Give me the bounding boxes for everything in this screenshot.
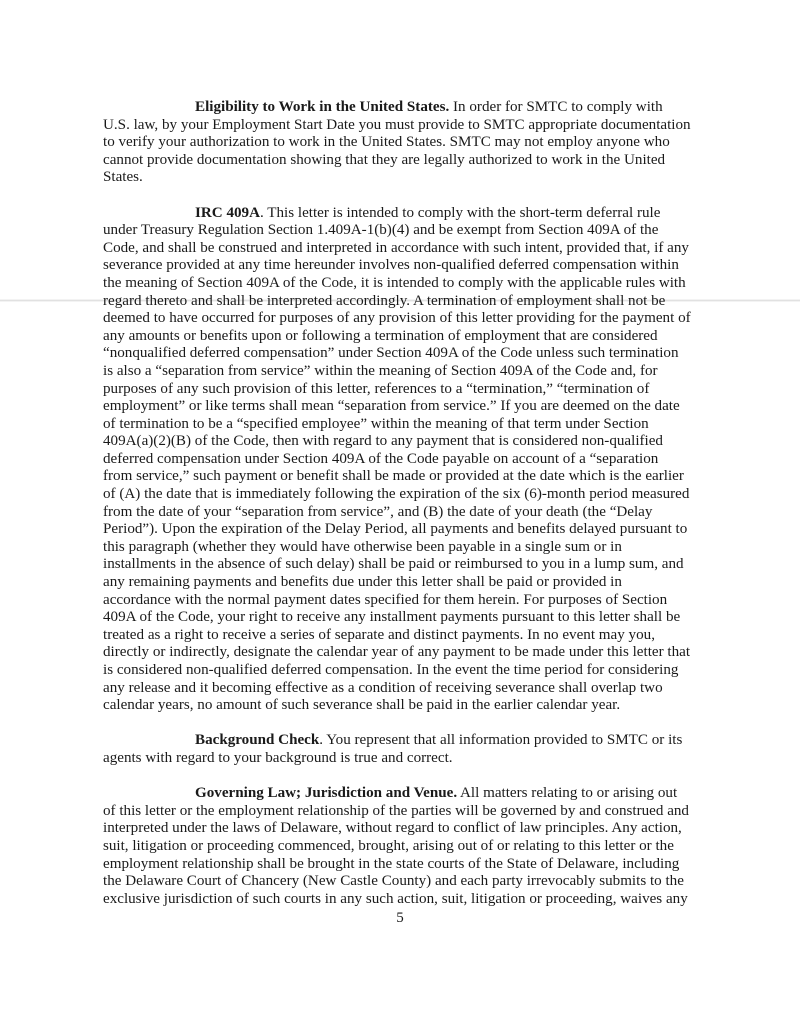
- text-line: the meaning of Section 409A of the Code,…: [103, 275, 703, 293]
- text-line: of termination to be a “specified employ…: [103, 416, 703, 434]
- document-page: Eligibility to Work in the United States…: [0, 0, 800, 1035]
- text-line: of (A) the date that is immediately foll…: [103, 486, 703, 504]
- text-line: exclusive jurisdiction of such courts in…: [103, 891, 703, 909]
- text-line: Code, and shall be construed and interpr…: [103, 240, 703, 258]
- text-line: 409A(a)(2)(B) of the Code, then with reg…: [103, 433, 703, 451]
- section-heading: IRC 409A: [195, 205, 260, 221]
- text-line: the Delaware Court of Chancery (New Cast…: [103, 873, 703, 891]
- text-line: 409A of the Code, your right to receive …: [103, 609, 703, 627]
- text-line: is also a “separation from service” with…: [103, 363, 703, 381]
- text-line: “nonqualified deferred compensation” und…: [103, 345, 703, 363]
- page-number: 5: [0, 910, 800, 927]
- text-line: Background Check. You represent that all…: [103, 732, 703, 750]
- text-line: severance provided at any time hereunder…: [103, 257, 703, 275]
- text-run: In order for SMTC to comply with: [449, 99, 662, 115]
- text-line: regard thereto and shall be interpreted …: [103, 293, 703, 311]
- text-line: of this letter or the employment relatio…: [103, 803, 703, 821]
- section-eligibility-to-work: Eligibility to Work in the United States…: [103, 99, 703, 187]
- text-run: . You represent that all information pro…: [319, 732, 682, 748]
- text-line: Eligibility to Work in the United States…: [103, 99, 703, 117]
- text-line: from service,” such payment or benefit s…: [103, 468, 703, 486]
- text-line: installments in the absence of such dela…: [103, 556, 703, 574]
- text-line: Period”). Upon the expiration of the Del…: [103, 521, 703, 539]
- text-line: purposes of any such provision of this l…: [103, 381, 703, 399]
- text-line: this paragraph (whether they would have …: [103, 539, 703, 557]
- text-line: from the date of your “separation from s…: [103, 504, 703, 522]
- text-line: U.S. law, by your Employment Start Date …: [103, 117, 703, 135]
- text-line: any release and it becoming effective as…: [103, 680, 703, 698]
- text-line: cannot provide documentation showing tha…: [103, 152, 703, 170]
- text-line: suit, litigation or proceeding commenced…: [103, 838, 703, 856]
- section-irc-409a: IRC 409A. This letter is intended to com…: [103, 205, 703, 715]
- section-background-check: Background Check. You represent that all…: [103, 732, 703, 767]
- section-governing-law: Governing Law; Jurisdiction and Venue. A…: [103, 785, 703, 908]
- section-heading: Governing Law; Jurisdiction and Venue.: [195, 785, 457, 801]
- text-line: employment” or like terms shall mean “se…: [103, 398, 703, 416]
- text-line: treated as a right to receive a series o…: [103, 627, 703, 645]
- document-body: Eligibility to Work in the United States…: [103, 99, 703, 926]
- section-heading: Eligibility to Work in the United States…: [195, 99, 449, 115]
- text-line: any remaining payments and benefits due …: [103, 574, 703, 592]
- section-heading: Background Check: [195, 732, 319, 748]
- text-line: is considered non-qualified deferred com…: [103, 662, 703, 680]
- text-line: Governing Law; Jurisdiction and Venue. A…: [103, 785, 703, 803]
- text-run: All matters relating to or arising out: [457, 785, 677, 801]
- text-line: deferred compensation under Section 409A…: [103, 451, 703, 469]
- text-line: interpreted under the laws of Delaware, …: [103, 820, 703, 838]
- text-line: any amounts or benefits upon or followin…: [103, 328, 703, 346]
- text-line: to verify your authorization to work in …: [103, 134, 703, 152]
- text-line: deemed to have occurred for purposes of …: [103, 310, 703, 328]
- text-line: agents with regard to your background is…: [103, 750, 703, 768]
- text-run: . This letter is intended to comply with…: [260, 205, 660, 221]
- text-line: IRC 409A. This letter is intended to com…: [103, 205, 703, 223]
- text-line: under Treasury Regulation Section 1.409A…: [103, 222, 703, 240]
- text-line: calendar years, no amount of such severa…: [103, 697, 703, 715]
- text-line: accordance with the normal payment dates…: [103, 592, 703, 610]
- text-line: employment relationship shall be brought…: [103, 856, 703, 874]
- text-line: States.: [103, 169, 703, 187]
- text-line: directly or indirectly, designate the ca…: [103, 644, 703, 662]
